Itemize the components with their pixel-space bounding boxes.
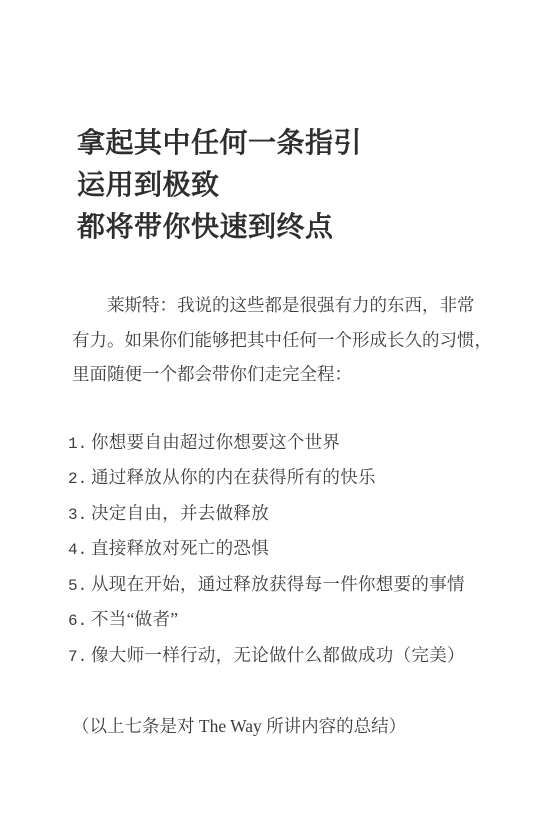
list-item-number: 7. (68, 641, 91, 675)
list-item: 2. 通过释放从你的内在获得所有的快乐 (72, 461, 491, 497)
page-heading: 拿起其中任何一条指引 运用到极致 都将带你快速到终点 (77, 123, 491, 249)
list-item-number: 6. (68, 605, 91, 639)
summary-note: （以上七条是对 The Way 所讲内容的总结） (72, 709, 491, 743)
list-item: 3. 决定自由，并去做释放 (72, 497, 491, 533)
list-item-text: 不当“做者” (91, 603, 178, 637)
document-page: 拿起其中任何一条指引 运用到极致 都将带你快速到终点 莱斯特：我说的这些都是很强… (0, 0, 555, 817)
guideline-list: 1. 你想要自由超过你想要这个世界 2. 通过释放从你的内在获得所有的快乐 3.… (72, 426, 491, 675)
list-item-text: 像大师一样行动，无论做什么都做成功（完美） (91, 639, 465, 673)
list-item-number: 4. (68, 534, 91, 568)
heading-line-3: 都将带你快速到终点 (77, 207, 491, 249)
list-item-number: 2. (68, 463, 91, 497)
paragraph-line-3: 里面随便一个都会带你们走完全程： (72, 357, 491, 392)
heading-line-2: 运用到极致 (77, 165, 491, 207)
list-item-text: 你想要自由超过你想要这个世界 (91, 426, 340, 460)
paragraph-line-2: 有力。如果你们能够把其中任何一个形成长久的习惯， (72, 323, 491, 358)
list-item-number: 5. (68, 570, 91, 604)
heading-line-1: 拿起其中任何一条指引 (77, 123, 491, 165)
list-item: 1. 你想要自由超过你想要这个世界 (72, 426, 491, 462)
list-item-text: 决定自由，并去做释放 (91, 497, 269, 531)
list-item-text: 从现在开始，通过释放获得每一件你想要的事情 (91, 568, 465, 602)
list-item: 5. 从现在开始，通过释放获得每一件你想要的事情 (72, 568, 491, 604)
paragraph-line-1: 莱斯特：我说的这些都是很强有力的东西，非常 (72, 288, 491, 323)
list-item: 6. 不当“做者” (72, 603, 491, 639)
list-item: 7. 像大师一样行动，无论做什么都做成功（完美） (72, 639, 491, 675)
list-item-text: 直接释放对死亡的恐惧 (91, 532, 269, 566)
list-item-text: 通过释放从你的内在获得所有的快乐 (91, 461, 376, 495)
list-item-number: 3. (68, 499, 91, 533)
intro-paragraph: 莱斯特：我说的这些都是很强有力的东西，非常 有力。如果你们能够把其中任何一个形成… (72, 288, 491, 392)
list-item: 4. 直接释放对死亡的恐惧 (72, 532, 491, 568)
list-item-number: 1. (68, 428, 91, 462)
